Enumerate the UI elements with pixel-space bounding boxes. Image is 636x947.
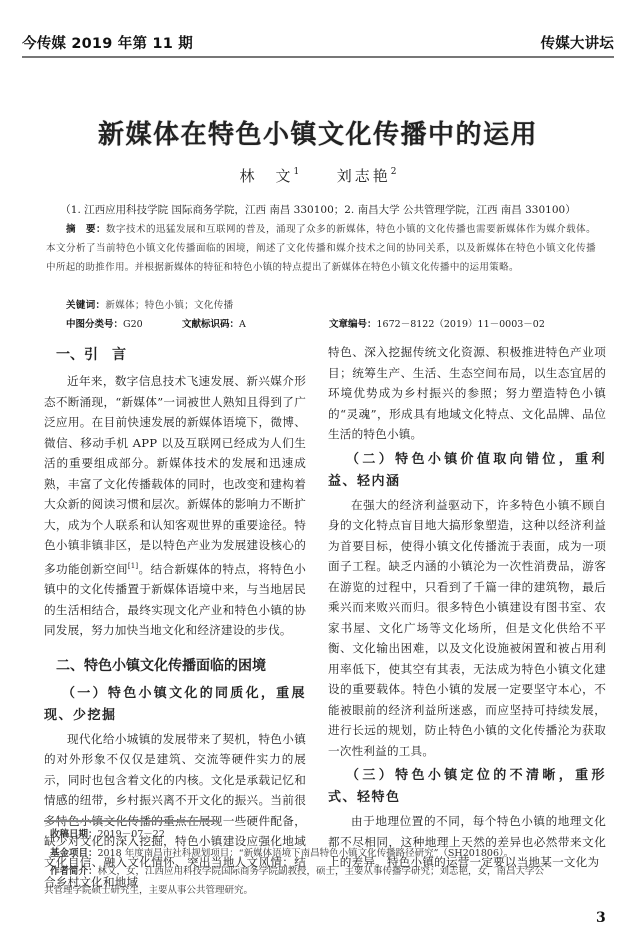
doc-code: 文献标识码：A <box>182 316 246 330</box>
received-label: 收稿日期： <box>50 829 98 840</box>
fund-project: 基金项目：2018 年度南昌市社科规划项目：“新媒体语境下南昌特色小镇文化传播路… <box>44 845 604 864</box>
article-title: 新媒体在特色小镇文化传播中的运用 <box>0 114 636 151</box>
keywords-text: 新媒体；特色小镇；文化传播 <box>105 300 233 311</box>
section-heading: 一、引 言 <box>44 342 306 368</box>
section-heading: 二、特色小镇文化传播面临的困境 <box>44 653 306 679</box>
citation-ref: [1] <box>128 562 139 570</box>
abstract: 摘 要：数字技术的迅猛发展和互联网的普及，涌现了众多的新媒体，特色小镇的文化传播… <box>46 220 596 277</box>
abstract-label: 摘 要： <box>66 224 106 235</box>
author-bio-continued: 共管理学院硕士研究生，主要从事公共管理研究。 <box>44 882 604 901</box>
article-number-value: 1672－8122（2019）11－0003－02 <box>377 319 545 330</box>
running-header: 今传媒 2019 年第 11 期 传媒大讲坛 <box>22 36 614 58</box>
fund-value: 2018 年度南昌市社科规划项目：“新媒体语境下南昌特色小镇文化传播路径研究”（… <box>98 848 514 859</box>
doc-code-value: A <box>239 319 246 330</box>
paragraph-text: 近年来，数字信息技术飞速发展、新兴媒介形态不断涌现，“新媒体”一词被世人熟知且得… <box>44 374 306 576</box>
paragraph: 在强大的经济利益驱动下，许多特色小镇不顾自身的文化特点盲目地大搞形象塑造，这种以… <box>328 495 606 762</box>
page-number: 3 <box>596 910 606 926</box>
paragraph: 特色、深入挖掘传统文化资源、积极推进特色产业项目；统筹生产、生活、生态空间布局，… <box>328 342 606 445</box>
bio-value: 林文，女，江西应用科技学院国际商务学院副教授，硕士，主要从事传播学研究；刘志艳，… <box>98 866 545 877</box>
left-column: 一、引 言 近年来，数字信息技术飞速发展、新兴媒介形态不断涌现，“新媒体”一词被… <box>44 342 306 893</box>
keywords-label: 关键词： <box>66 300 105 311</box>
subsection-heading: （一）特色小镇文化的同质化，重展现、少挖掘 <box>44 683 306 727</box>
author-line: 林 文1 刘志艳2 <box>0 165 636 186</box>
clc-value: G20 <box>123 319 143 330</box>
column-name: 传媒大讲坛 <box>541 32 615 53</box>
affil-mark: 2 <box>391 167 397 177</box>
received-date: 收稿日期：2019－07－22 <box>44 826 604 845</box>
footnote-divider <box>44 820 219 822</box>
footnotes: 收稿日期：2019－07－22 基金项目：2018 年度南昌市社科规划项目：“新… <box>44 826 604 900</box>
journal-issue: 今传媒 2019 年第 11 期 <box>22 32 193 53</box>
author-bio: 作者简介：林文，女，江西应用科技学院国际商务学院副教授，硕士，主要从事传播学研究… <box>44 863 604 882</box>
fund-label: 基金项目： <box>50 848 98 859</box>
article-number-label: 文章编号： <box>329 319 377 330</box>
doc-code-label: 文献标识码： <box>182 319 239 330</box>
subsection-heading: （二）特色小镇价值取向错位，重利益、轻内涵 <box>328 449 606 493</box>
affiliations: （1. 江西应用科技学院 国际商务学院，江西 南昌 330100；2. 南昌大学… <box>0 202 636 217</box>
subsection-heading: （三）特色小镇定位的不清晰，重形式、轻特色 <box>328 765 606 809</box>
abstract-text: 数字技术的迅猛发展和互联网的普及，涌现了众多的新媒体，特色小镇的文化传播也需要新… <box>46 224 596 273</box>
keywords: 关键词：新媒体；特色小镇；文化传播 <box>66 297 233 311</box>
right-column: 特色、深入挖掘传统文化资源、积极推进特色产业项目；统筹生产、生活、生态空间布局，… <box>328 342 606 873</box>
author-name: 刘志艳 <box>337 167 391 185</box>
author-name: 林 文 <box>239 167 293 185</box>
received-value: 2019－07－22 <box>98 829 165 840</box>
bio-label: 作者简介： <box>50 866 98 877</box>
clc-number: 中图分类号：G20 <box>66 316 143 330</box>
clc-label: 中图分类号： <box>66 319 123 330</box>
paragraph: 近年来，数字信息技术飞速发展、新兴媒介形态不断涌现，“新媒体”一词被世人熟知且得… <box>44 371 306 641</box>
article-number: 文章编号：1672－8122（2019）11－0003－02 <box>329 316 545 330</box>
affil-mark: 1 <box>293 167 299 177</box>
